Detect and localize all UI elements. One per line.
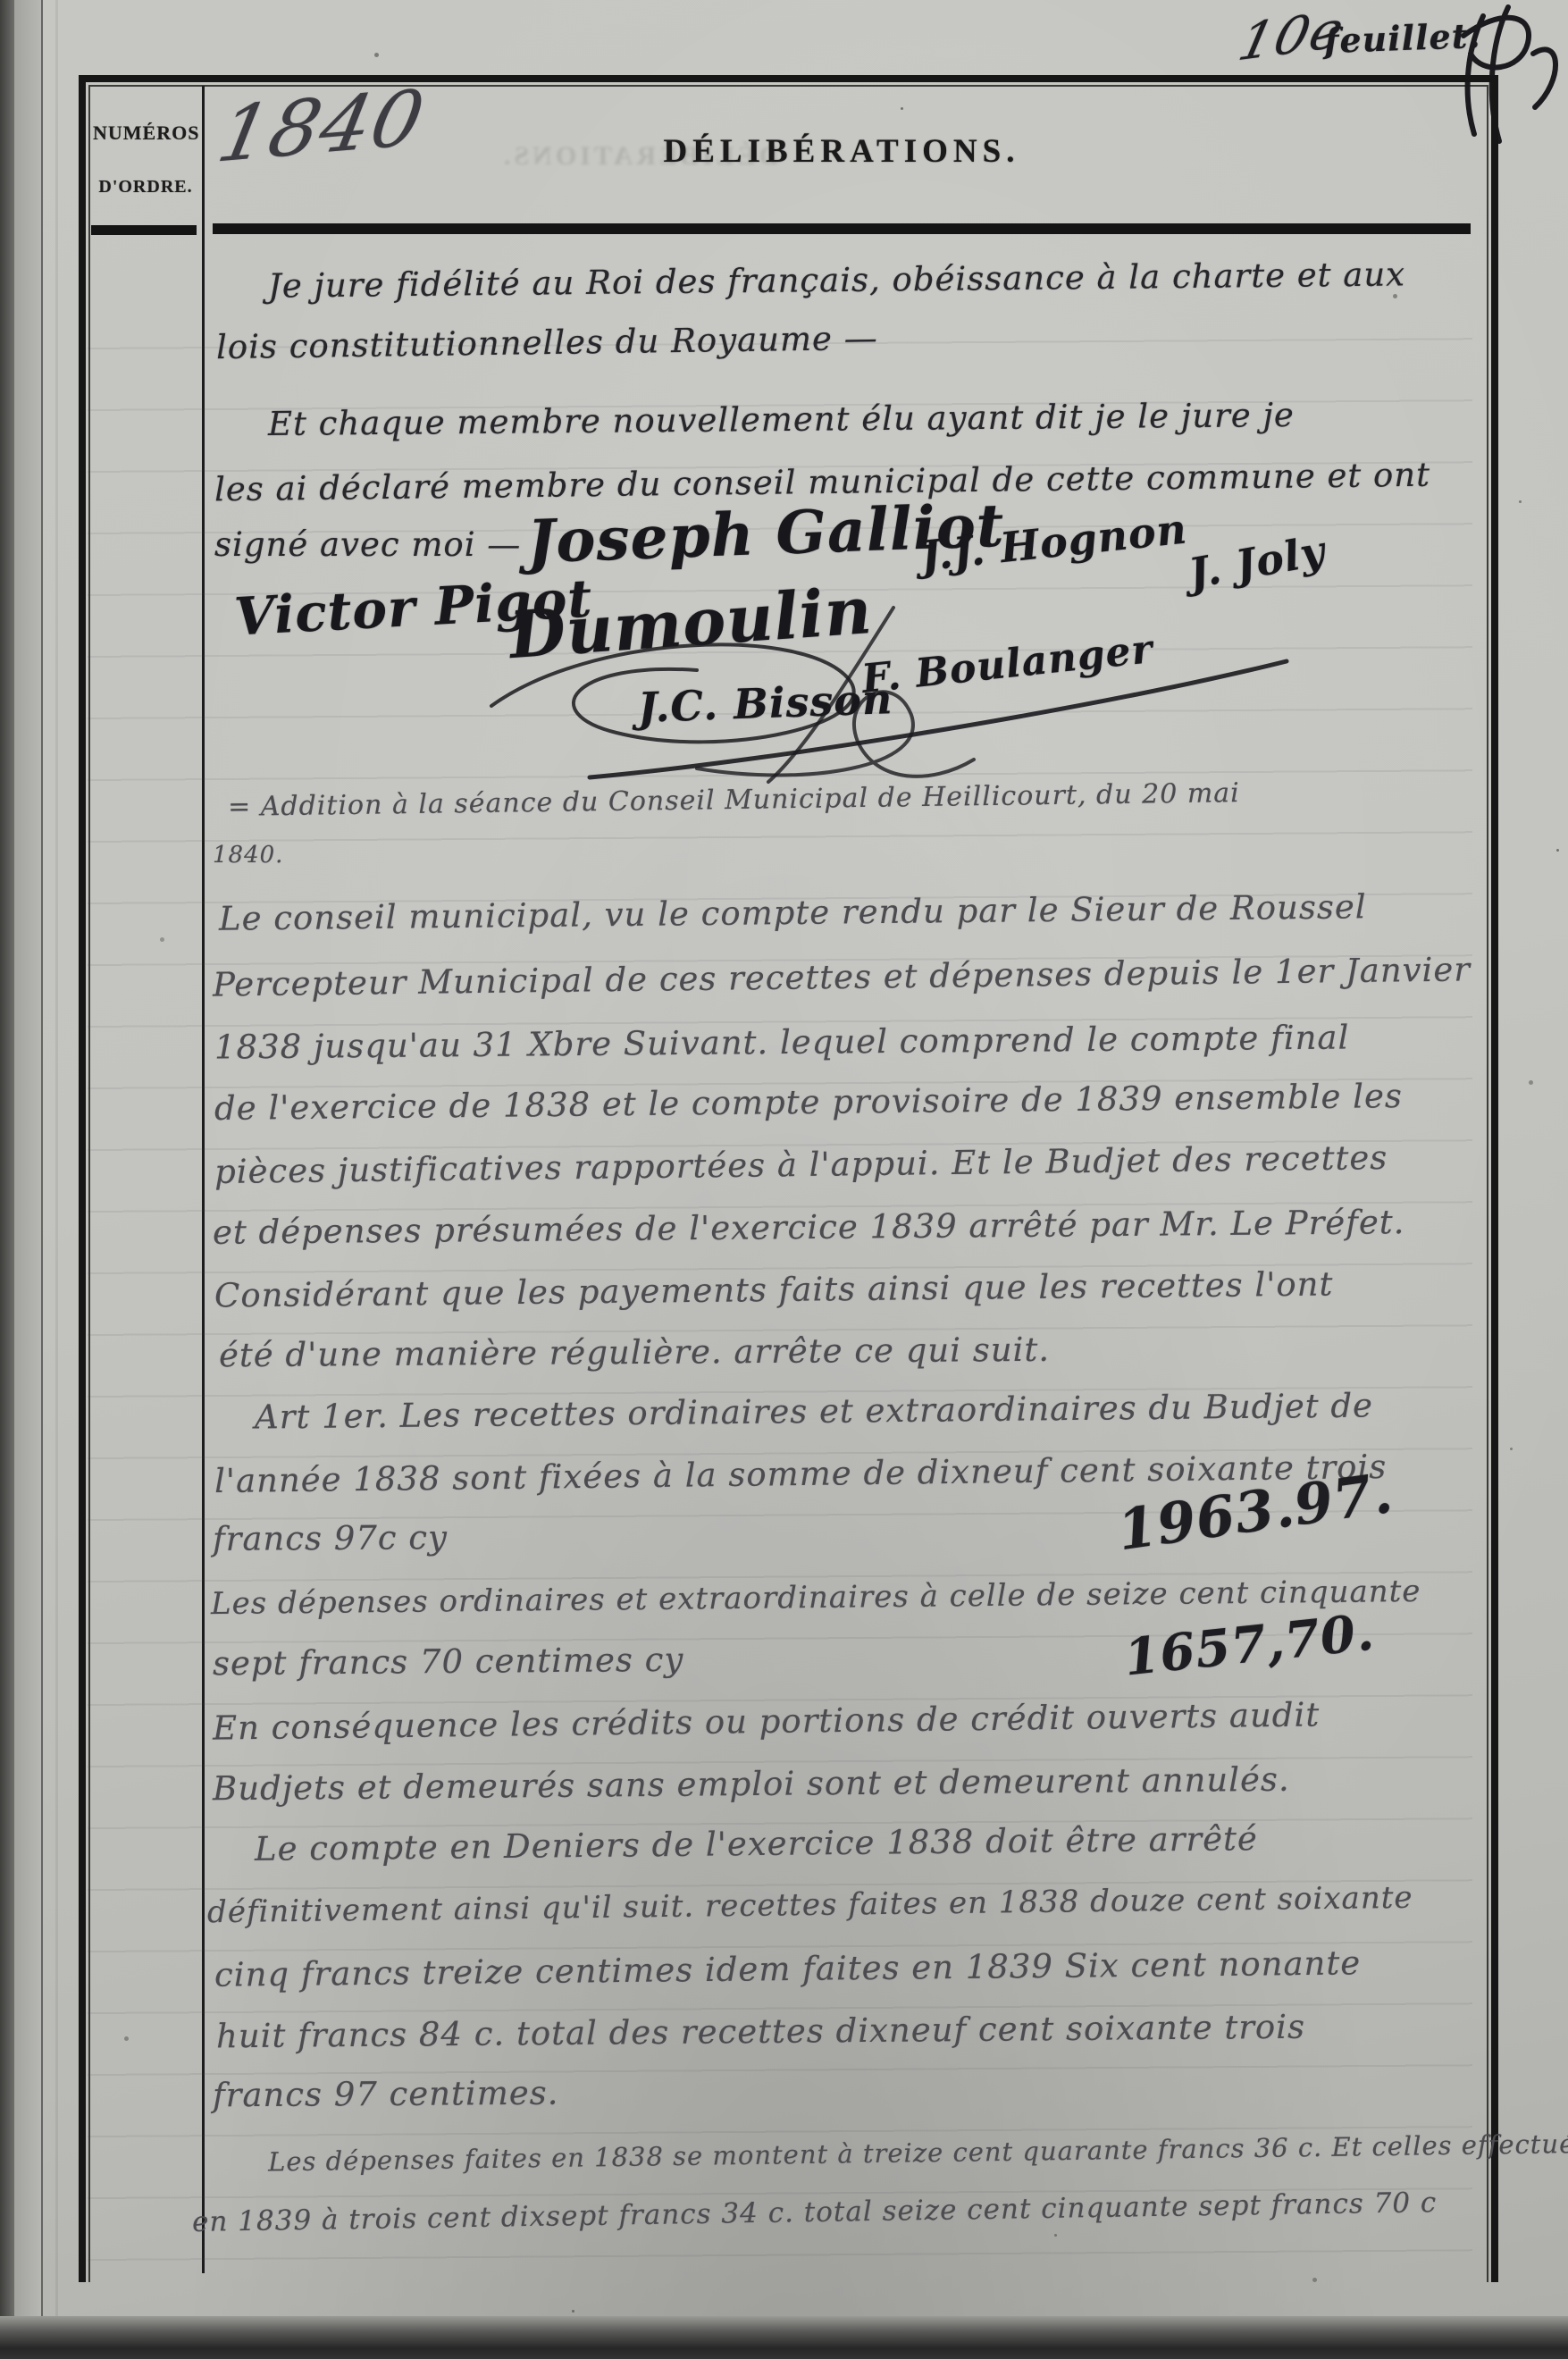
paper-edge	[14, 0, 43, 2359]
dust-specks	[0, 0, 3, 3]
signature-paraph	[429, 554, 1322, 795]
page-title: DÉLIBÉRATIONS.	[664, 133, 1020, 170]
manuscript-line: francs 97 centimes.	[213, 2074, 559, 2115]
order-numbers-label-1: NUMÉROS	[93, 122, 198, 145]
order-numbers-label-2: D'ORDRE.	[93, 177, 198, 197]
title-row: DÉLIBÉRATIONS.	[213, 132, 1471, 171]
page-binding-edge	[0, 0, 14, 2359]
header-rule-main	[213, 223, 1471, 234]
manuscript-line: sept francs 70 centimes cy	[213, 1641, 684, 1683]
manuscript-page: 10e feuillet. NUMÉROS D'ORDRE. 1840 DÉLI…	[0, 0, 1568, 2359]
manuscript-line: francs 97c cy	[213, 1518, 448, 1558]
scan-bottom-edge	[0, 2316, 1568, 2359]
manuscript-line: été d'une manière régulière. arrête ce q…	[219, 1331, 1050, 1374]
header-rule-left	[91, 225, 197, 235]
manuscript-line: 1840.	[213, 842, 283, 869]
paper-crease	[55, 0, 58, 2359]
